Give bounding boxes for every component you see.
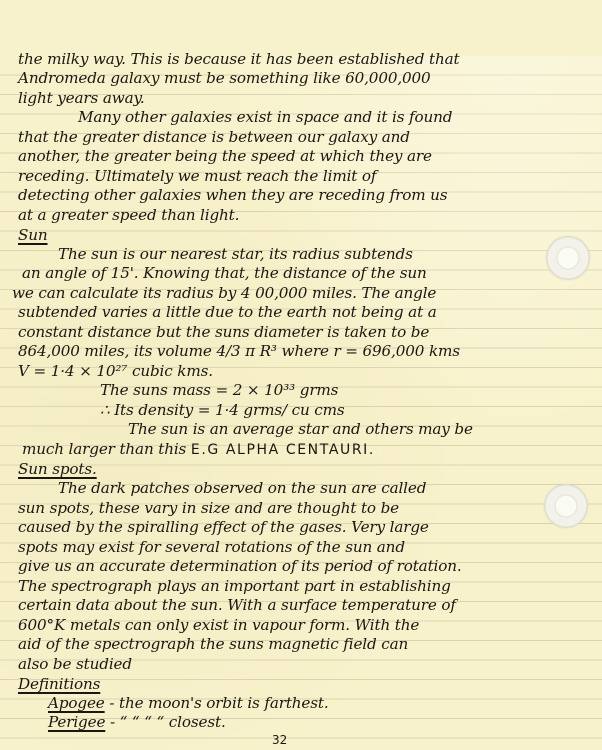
text-line: also be studied (18, 655, 132, 675)
text-line: 600°K metals can only exist in vapour fo… (18, 616, 419, 636)
text-line-sun-density: ∴ Its density = 1·4 grms/ cu cms (100, 401, 345, 421)
text-line: at a greater speed than light. (18, 206, 239, 226)
definition-text: - the moon's orbit is farthest. (109, 694, 328, 712)
text-line: detecting other galaxies when they are r… (18, 186, 447, 206)
hole-reinforcement-ring (546, 236, 590, 280)
text-line: spots may exist for several rotations of… (18, 538, 405, 558)
text-line: certain data about the sun. With a surfa… (18, 596, 456, 616)
text-line-sun-mass: The suns mass = 2 × 10³³ grms (100, 381, 338, 401)
text-line: The sun is our nearest star, its radius … (58, 245, 413, 265)
text-line: aid of the spectrograph the suns magneti… (18, 635, 408, 655)
text-line: give us an accurate determination of its… (18, 557, 462, 577)
text-line: constant distance but the suns diameter … (18, 323, 429, 343)
alpha-centauri-caps: E.G ALPHA CENTAURI. (191, 442, 375, 458)
text-line: we can calculate its radius by 4 00,000 … (12, 284, 436, 304)
hole-reinforcement-ring (544, 484, 588, 528)
definition-term: Apogee (48, 694, 105, 712)
text-line: receding. Ultimately we must reach the l… (18, 167, 376, 187)
text-line: The spectrograph plays an important part… (18, 577, 451, 597)
text-line: sun spots, these vary in size and are th… (18, 499, 399, 519)
text-line: caused by the spiralling effect of the g… (18, 518, 429, 538)
text-line: The dark patches observed on the sun are… (58, 479, 426, 499)
text-line-volume-formula: 864,000 miles, its volume 4/3 π R³ where… (18, 342, 460, 362)
notebook-page: the milky way. This is because it has be… (0, 0, 602, 750)
definition-term: Perigee (48, 713, 105, 731)
definition-apogee: Apogee - the moon's orbit is farthest. (48, 694, 329, 714)
text-line: another, the greater being the speed at … (18, 147, 432, 167)
text-line: Many other galaxies exist in space and i… (78, 108, 452, 128)
text-line: that the greater distance is between our… (18, 128, 410, 148)
page-number: 32 (272, 733, 287, 747)
text-line: Andromeda galaxy must be something like … (18, 69, 431, 89)
definition-perigee: Perigee - “ “ “ “ closest. (48, 713, 226, 733)
text-fragment: much larger than this (22, 440, 186, 458)
text-line: much larger than this E.G ALPHA CENTAURI… (22, 440, 375, 460)
section-heading-sun: Sun (18, 226, 48, 246)
text-line: an angle of 15'. Knowing that, the dista… (22, 264, 427, 284)
text-line: light years away. (18, 89, 145, 109)
text-line: The sun is an average star and others ma… (128, 420, 473, 440)
definition-text: - “ “ “ “ closest. (110, 713, 226, 731)
section-heading-definitions: Definitions (18, 675, 100, 695)
text-line-volume-value: V = 1·4 × 10²⁷ cubic kms. (18, 362, 213, 382)
text-line: the milky way. This is because it has be… (18, 50, 459, 70)
section-heading-sun-spots: Sun spots. (18, 460, 97, 480)
text-line: subtended varies a little due to the ear… (18, 303, 437, 323)
page-top-margin (0, 0, 602, 56)
